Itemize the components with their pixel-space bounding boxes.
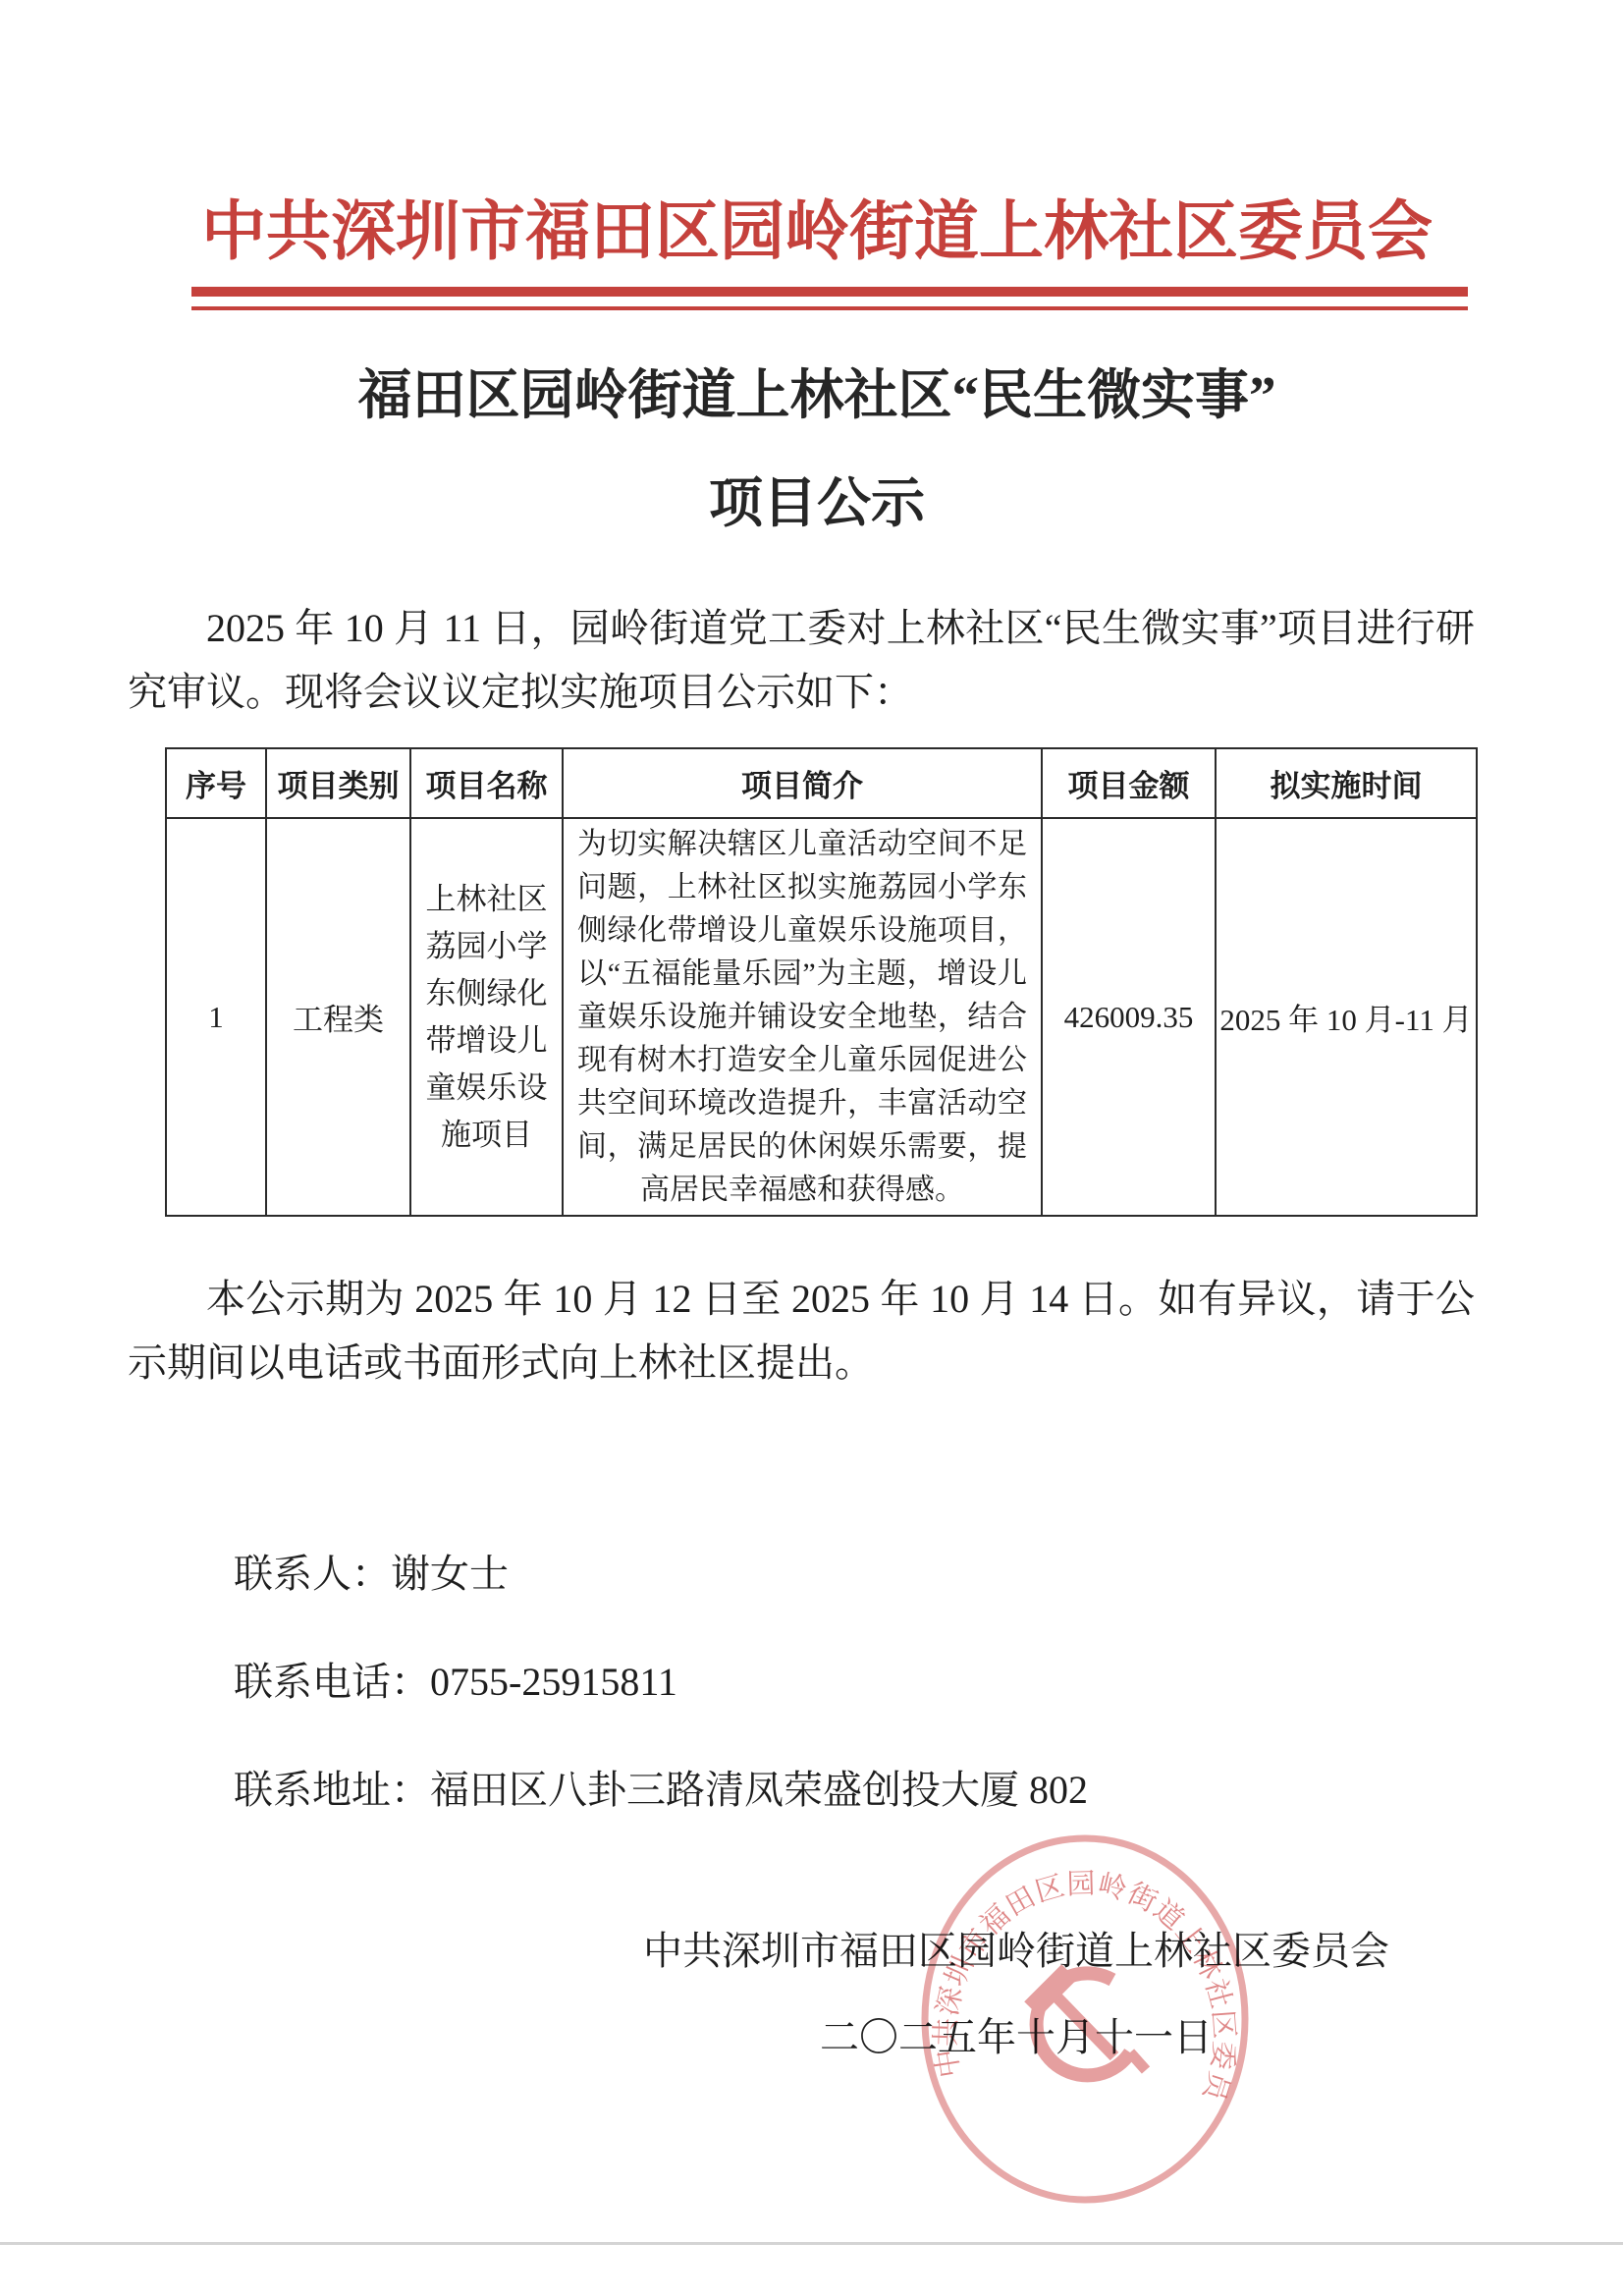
document-title-line1: 福田区园岭街道上林社区“民生微实事”	[147, 342, 1487, 450]
cell-schedule: 2025 年 10 月-11 月	[1216, 818, 1477, 1216]
col-header-schedule: 拟实施时间	[1216, 748, 1477, 818]
project-summary-text: 为切实解决辖区儿童活动空间不足问题，上林社区拟实施荔园小学东侧绿化带增设儿童娱乐…	[564, 821, 1041, 1214]
cell-seq: 1	[166, 818, 266, 1216]
cell-category: 工程类	[266, 818, 410, 1216]
document-title-line2: 项目公示	[147, 450, 1487, 558]
header-divider	[191, 287, 1468, 310]
col-header-name: 项目名称	[410, 748, 563, 818]
signature-date: 二〇二五年十月十一日	[638, 2007, 1394, 2068]
org-header-title: 中共深圳市福田区园岭街道上林社区委员会	[147, 179, 1487, 272]
project-table: 序号 项目类别 项目名称 项目简介 项目金额 拟实施时间 1 工程类 上林社区荔…	[165, 747, 1478, 1217]
col-header-summary: 项目简介	[563, 748, 1042, 818]
cell-summary: 为切实解决辖区儿童活动空间不足问题，上林社区拟实施荔园小学东侧绿化带增设儿童娱乐…	[563, 818, 1042, 1216]
col-header-seq: 序号	[166, 748, 266, 818]
cell-name: 上林社区荔园小学东侧绿化带增设儿童娱乐设施项目	[410, 818, 563, 1216]
contact-address: 联系地址：福田区八卦三路清凤荣盛创投大厦 802	[234, 1736, 1088, 1844]
col-header-category: 项目类别	[266, 748, 410, 818]
document-page: 中共深圳市福田区园岭街道上林社区委员会 福田区园岭街道上林社区“民生微实事” 项…	[0, 0, 1623, 2296]
header-divider-thick-line	[191, 287, 1468, 297]
scan-artifact-line	[0, 2242, 1623, 2245]
document-title: 福田区园岭街道上林社区“民生微实事” 项目公示	[147, 342, 1487, 558]
signature-block: 中共深圳市福田区园岭街道上林社区委员会 二〇二五年十月十一日	[638, 1921, 1394, 2068]
table-header-row: 序号 项目类别 项目名称 项目简介 项目金额 拟实施时间	[166, 748, 1477, 818]
notice-period-paragraph: 本公示期为 2025 年 10 月 12 日至 2025 年 10 月 14 日…	[128, 1267, 1475, 1394]
contact-person: 联系人：谢女士	[234, 1520, 1088, 1628]
cell-amount: 426009.35	[1042, 818, 1216, 1216]
table-row: 1 工程类 上林社区荔园小学东侧绿化带增设儿童娱乐设施项目 为切实解决辖区儿童活…	[166, 818, 1477, 1216]
col-header-amount: 项目金额	[1042, 748, 1216, 818]
contact-block: 联系人：谢女士 联系电话：0755-25915811 联系地址：福田区八卦三路清…	[234, 1520, 1088, 1844]
project-name-text: 上林社区荔园小学东侧绿化带增设儿童娱乐设施项目	[422, 876, 552, 1159]
signature-org: 中共深圳市福田区园岭街道上林社区委员会	[638, 1921, 1394, 1982]
contact-phone: 联系电话：0755-25915811	[234, 1628, 1088, 1736]
intro-paragraph: 2025 年 10 月 11 日，园岭街道党工委对上林社区“民生微实事”项目进行…	[128, 596, 1475, 724]
header-divider-thin-line	[191, 306, 1468, 310]
